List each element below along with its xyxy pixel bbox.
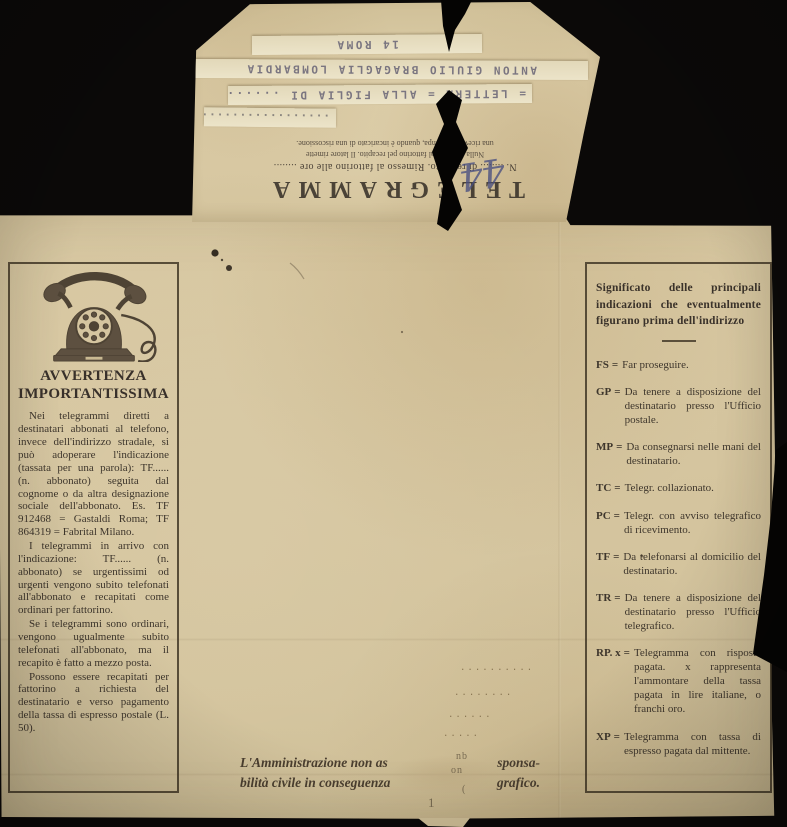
telegram-flap: TELEGRAMMA N. ........ di recapito. Rime… <box>190 2 600 222</box>
equals-sign: = <box>614 509 620 537</box>
disclaimer-text: bilità civile in conseguenza <box>240 775 390 791</box>
bleedthrough-fragment: ( <box>462 784 466 795</box>
avvertenza-paragraph: Se i telegrammi sono ordinari, vengono u… <box>18 618 169 669</box>
bleedthrough-dots: ........ <box>454 688 513 698</box>
code-meaning: Da tenere a disposizione del destinatari… <box>625 385 761 427</box>
fine-print-line2: una ricevuta a stampa, quando è incarica… <box>190 137 600 148</box>
code-label: TC <box>596 481 611 495</box>
significato-heading: Significato delle principali indicazioni… <box>596 280 761 330</box>
faded-ink-area <box>390 755 500 795</box>
form-title: TELEGRAMMA <box>190 175 600 202</box>
code-entry: TC = Telegr. collazionato. <box>596 481 761 495</box>
code-entry: PC = Telegr. con avviso telegrafico di r… <box>596 509 761 537</box>
avvertenza-paragraph: Possono essere recapitati per fattorino … <box>18 671 169 735</box>
code-entry: TR = Da tenere a disposizione del destin… <box>596 591 761 633</box>
bleedthrough-fragment: on <box>451 765 463 776</box>
equals-sign: = <box>614 481 620 495</box>
flap-content-upside-down: TELEGRAMMA N. ........ di recapito. Rime… <box>190 2 600 222</box>
fine-print: Nulla è dovuto al fattorino pel recapito… <box>190 137 600 159</box>
code-entry: TF = Da telefonarsi al domicilio del des… <box>596 550 761 578</box>
delivery-number-line: N. ........ di recapito. Rimesso al fatt… <box>190 161 600 172</box>
code-label: TF <box>596 550 610 578</box>
significato-panel: Significato delle principali indicazioni… <box>585 262 772 793</box>
disclaimer-text: sponsa- <box>497 755 540 771</box>
paper-crease <box>558 213 561 820</box>
code-entry: MP = Da consegnarsi nelle mani del desti… <box>596 440 761 468</box>
code-meaning: Telegr. collazionato. <box>625 481 761 495</box>
code-entry: FS = Far proseguire. <box>596 358 761 372</box>
tape-strip-addressee: ANTON GIULIO BRAGAGLIA LOMBARDIA <box>194 59 588 80</box>
disclaimer-text: L'Amministrazione non as <box>240 755 388 771</box>
code-entry: GP = Da tenere a disposizione del destin… <box>596 385 761 427</box>
code-entry: XP = Telegramma con tassa di espresso pa… <box>596 730 761 758</box>
fine-print-line1: Nulla è dovuto al fattorino pel recapito… <box>190 148 600 159</box>
code-meaning: Da telefonarsi al domicilio del destinat… <box>623 550 761 578</box>
code-entry: RP. x = Telegramma con risposta pagata. … <box>596 646 761 716</box>
heading-rule <box>662 340 696 342</box>
avvertenza-heading-line1: AVVERTENZA <box>18 368 169 386</box>
handwritten-number: 44 <box>457 149 508 199</box>
equals-sign: = <box>616 440 622 468</box>
avvertenza-paragraph: Nei telegrammi diretti a destinatari abb… <box>18 410 169 539</box>
code-label: FS <box>596 358 609 372</box>
disclaimer-text: grafico. <box>497 775 540 791</box>
bleedthrough-dots: ..... <box>443 729 480 739</box>
code-meaning: Telegramma con risposta pagata. x rappre… <box>634 646 761 716</box>
tape-strip-dots: ................. <box>204 108 336 128</box>
avvertenza-panel: AVVERTENZA IMPORTANTISSIMA Nei telegramm… <box>8 262 179 793</box>
code-label: PC <box>596 509 611 537</box>
code-meaning: Telegramma con tassa di espresso pagata … <box>624 730 761 758</box>
bleedthrough-fragment: 1 <box>428 795 436 811</box>
equals-sign: = <box>614 591 620 633</box>
tape-strip-lettera: = LETTERA = ALLA FIGLIA DI ...... <box>228 84 532 105</box>
telegraph-tape-strips: ................. = LETTERA = ALLA FIGLI… <box>190 35 600 127</box>
equals-sign: = <box>614 730 620 758</box>
code-meaning: Da tenere a disposizione del destinatari… <box>625 591 761 633</box>
bleedthrough-dots: ...... <box>448 710 493 720</box>
code-meaning: Da consegnarsi nelle mani del destinatar… <box>626 440 761 468</box>
code-label: RP. x <box>596 646 621 716</box>
equals-sign: = <box>613 550 619 578</box>
avvertenza-paragraph: I telegrammi in arrivo con l'indicazione… <box>18 540 169 617</box>
code-label: MP <box>596 440 613 468</box>
code-label: TR <box>596 591 611 633</box>
equals-sign: = <box>614 385 620 427</box>
equals-sign: = <box>624 646 630 716</box>
code-label: GP <box>596 385 611 427</box>
avvertenza-heading-line2: IMPORTANTISSIMA <box>18 386 169 404</box>
bleedthrough-fragment: nb <box>456 751 468 762</box>
tape-strip-origin: 14 ROMA <box>252 34 482 55</box>
bleedthrough-dots: .......... <box>460 663 534 673</box>
avvertenza-heading: AVVERTENZA IMPORTANTISSIMA <box>18 368 169 403</box>
code-label: XP <box>596 730 611 758</box>
scanned-telegram: AVVERTENZA IMPORTANTISSIMA Nei telegramm… <box>0 0 787 827</box>
equals-sign: = <box>612 358 618 372</box>
code-meaning: Far proseguire. <box>622 358 761 372</box>
disclaimer: L'Amministrazione non as sponsa- bilità … <box>240 755 540 815</box>
code-meaning: Telegr. con avviso telegrafico di ricevi… <box>624 509 761 537</box>
telephone-icon <box>23 270 165 362</box>
